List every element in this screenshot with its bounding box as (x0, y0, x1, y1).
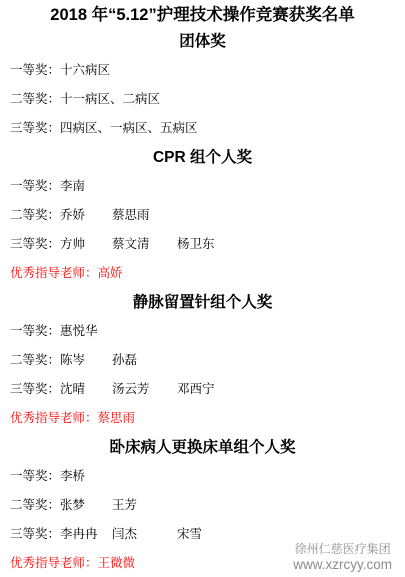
winner-names: 十六病区 (60, 60, 110, 78)
winner-name: 汤云芳 (112, 379, 177, 397)
award-announcement-page: 2018 年“5.12”护理技术操作竞赛获奖名单 团体奖一等奖：十六病区二等奖：… (0, 0, 405, 577)
award-rank-label: 优秀指导老师： (10, 408, 98, 426)
winner-name: 惠悦华 (60, 321, 112, 339)
winner-name: 杨卫东 (177, 234, 215, 252)
section-heading: 团体奖 (0, 25, 405, 54)
winner-name: 李冉冉 (60, 524, 112, 542)
winner-name: 王微微 (98, 553, 150, 571)
award-row: 一等奖：惠悦华 (0, 315, 405, 344)
section-heading: 卧床病人更换床单组个人奖 (0, 431, 405, 460)
award-row: 一等奖：十六病区 (0, 54, 405, 83)
award-rank-label: 二等奖： (10, 89, 60, 107)
award-row: 二等奖：张梦王芳 (0, 489, 405, 518)
section-heading: 静脉留置针组个人奖 (0, 286, 405, 315)
award-row: 三等奖：四病区、一病区、五病区 (0, 112, 405, 141)
award-rank-label: 三等奖： (10, 118, 60, 136)
watermark: 徐州仁慈医疗集团 www.xzrcyy.com (293, 542, 392, 573)
award-rank-label: 一等奖： (10, 466, 60, 484)
award-rank-label: 二等奖： (10, 350, 60, 368)
teacher-row: 优秀指导老师：蔡思雨 (0, 402, 405, 431)
watermark-org-name: 徐州仁慈医疗集团 (293, 542, 392, 556)
winner-names: 十一病区、二病区 (60, 89, 160, 107)
award-rank-label: 二等奖： (10, 495, 60, 513)
award-rank-label: 三等奖： (10, 379, 60, 397)
winner-name: 孙磊 (112, 350, 177, 368)
winner-name: 高娇 (98, 263, 150, 281)
winner-name: 张梦 (60, 495, 112, 513)
winner-name: 蔡文清 (112, 234, 177, 252)
award-rank-label: 优秀指导老师： (10, 263, 98, 281)
teacher-row: 优秀指导老师：高娇 (0, 257, 405, 286)
document-title: 2018 年“5.12”护理技术操作竞赛获奖名单 (0, 0, 405, 25)
winner-name: 蔡思雨 (112, 205, 177, 223)
award-row: 一等奖：李南 (0, 170, 405, 199)
award-rank-label: 三等奖： (10, 524, 60, 542)
award-rank-label: 一等奖： (10, 321, 60, 339)
winner-name: 方帅 (60, 234, 112, 252)
award-rank-label: 一等奖： (10, 176, 60, 194)
award-row: 三等奖：沈晴汤云芳邓西宁 (0, 373, 405, 402)
section-heading: CPR 组个人奖 (0, 141, 405, 170)
award-sections: 团体奖一等奖：十六病区二等奖：十一病区、二病区三等奖：四病区、一病区、五病区CP… (0, 25, 405, 576)
winner-name: 李南 (60, 176, 112, 194)
winner-name: 蔡思雨 (98, 408, 150, 426)
award-row: 二等奖：乔娇蔡思雨 (0, 199, 405, 228)
winner-name: 沈晴 (60, 379, 112, 397)
watermark-url: www.xzrcyy.com (293, 557, 392, 573)
winner-names: 四病区、一病区、五病区 (60, 118, 198, 136)
winner-name: 宋雪 (177, 524, 202, 542)
winner-name: 邓西宁 (177, 379, 215, 397)
winner-name: 李桥 (60, 466, 112, 484)
winner-name: 王芳 (112, 495, 177, 513)
award-row: 二等奖：陈岑孙磊 (0, 344, 405, 373)
award-rank-label: 三等奖： (10, 234, 60, 252)
winner-name: 闫杰 (112, 524, 177, 542)
award-row: 三等奖：方帅蔡文清杨卫东 (0, 228, 405, 257)
award-row: 二等奖：十一病区、二病区 (0, 83, 405, 112)
award-rank-label: 一等奖： (10, 60, 60, 78)
winner-name: 陈岑 (60, 350, 112, 368)
winner-name: 乔娇 (60, 205, 112, 223)
award-row: 一等奖：李桥 (0, 460, 405, 489)
award-rank-label: 二等奖： (10, 205, 60, 223)
award-rank-label: 优秀指导老师： (10, 553, 98, 571)
